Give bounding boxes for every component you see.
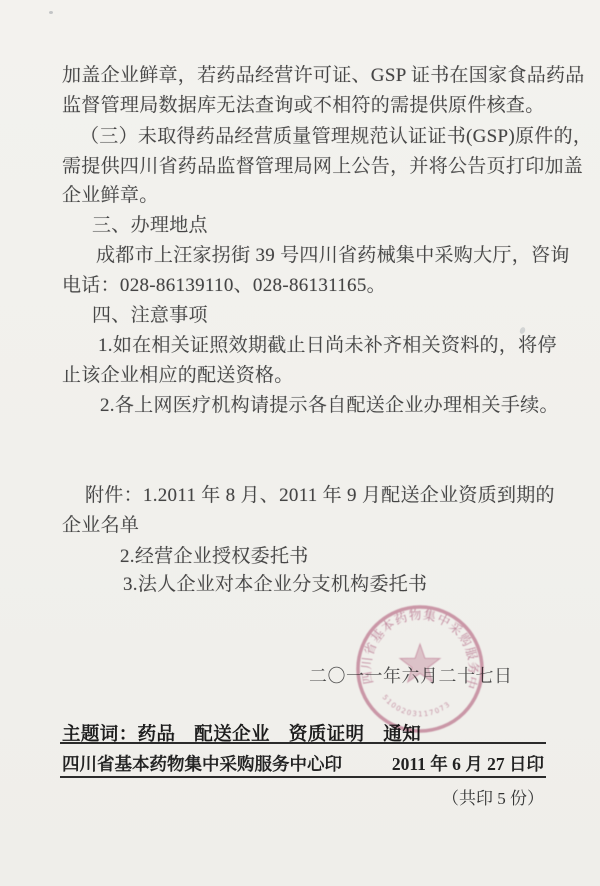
body-line: （三）未取得药品经营质量管理规范认证证书(GSP)原件的， [80, 121, 592, 148]
attachment-line: 企业名单 [62, 510, 139, 537]
attachment-line: 2.经营企业授权委托书 [120, 541, 309, 568]
seal-graphic: 四川省基本药物集中采购服务中心 5100203117073 [350, 599, 490, 741]
copies-count-note: （共印 5 份） [442, 784, 544, 809]
footer-divider-bottom [60, 776, 546, 778]
body-line: 监督管理局数据库无法查询或不相符的需提供原件核查。 [62, 90, 545, 117]
body-line: 需提供四川省药品监督管理局网上公告，并将公告页打印加盖 [62, 151, 583, 178]
body-line: 加盖企业鲜章，若药品经营许可证、GSP 证书在国家食品药品 [62, 60, 585, 87]
body-line: 止该企业相应的配送资格。 [62, 360, 294, 387]
issuer-name: 四川省基本药物集中采购服务中心印 [62, 751, 342, 776]
svg-text:5100203117073: 5100203117073 [381, 693, 453, 718]
seal-arc-text: 四川省基本药物集中采购服务中心 [350, 599, 480, 692]
seal-serial-number: 5100203117073 [381, 693, 453, 718]
body-line: 电话：028-86139110、028-86131165。 [62, 270, 386, 297]
attachment-line: 3.法人企业对本企业分支机构委托书 [123, 569, 427, 596]
body-line: 企业鲜章。 [62, 180, 159, 207]
scanned-document-page: 加盖企业鲜章，若药品经营许可证、GSP 证书在国家食品药品 监督管理局数据库无法… [0, 0, 600, 886]
attachment-line: 附件：1.2011 年 8 月、2011 年 9 月配送企业资质到期的 [85, 480, 555, 507]
footer-divider-top [60, 742, 546, 744]
body-line: 1.如在相关证照效期截止日尚未补齐相关资料的，将停 [98, 330, 557, 357]
scan-speck [49, 11, 53, 14]
body-line: 成都市上汪家拐街 39 号四川省药械集中采购大厅，咨询 [96, 240, 570, 267]
section-heading: 三、办理地点 [92, 210, 208, 237]
svg-text:四川省基本药物集中采购服务中心: 四川省基本药物集中采购服务中心 [350, 599, 480, 692]
section-heading: 四、注意事项 [92, 300, 208, 327]
official-seal-stamp: 四川省基本药物集中采购服务中心 5100203117073 [350, 599, 490, 741]
issuer-row: 四川省基本药物集中采购服务中心印 2011 年 6 月 27 日印 [62, 751, 544, 776]
body-line: 2.各上网医疗机构请提示各自配送企业办理相关手续。 [100, 390, 559, 417]
star-icon [400, 644, 440, 682]
print-date: 2011 年 6 月 27 日印 [392, 751, 544, 776]
